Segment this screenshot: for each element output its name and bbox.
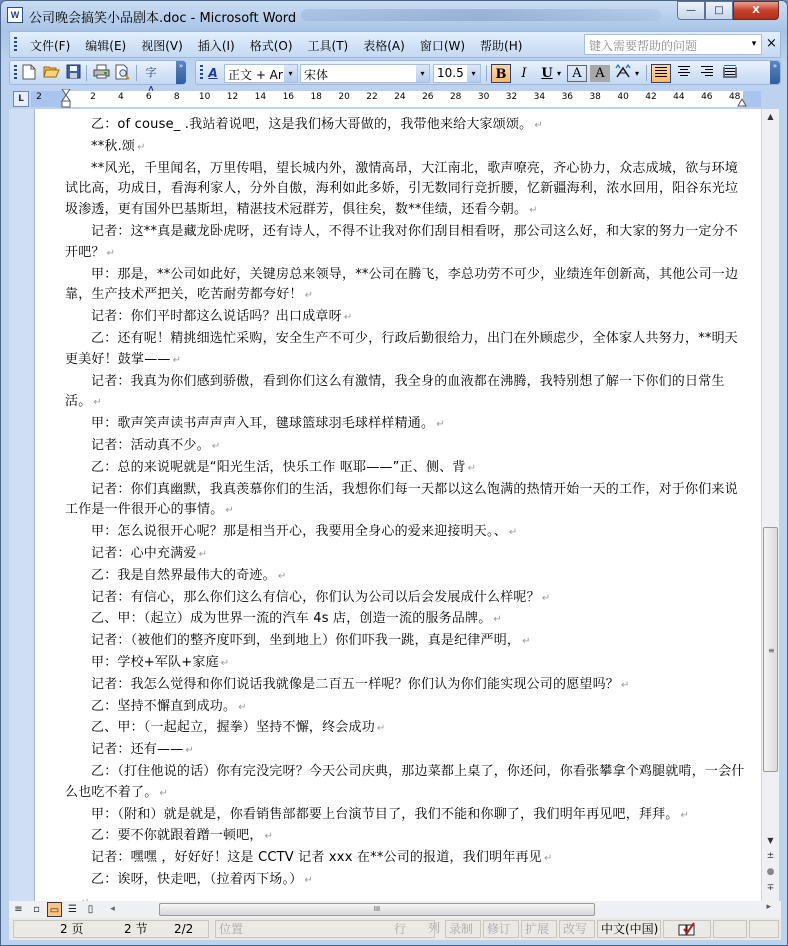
right-indent-marker-icon[interactable] — [737, 97, 747, 107]
status-resize-grip[interactable] — [749, 920, 779, 938]
paragraph-text: 甲：（附和）就是就是，你看销售部都要上台演节目了，我们不能和你聊了，我们明年再见… — [91, 807, 679, 822]
paragraph-text: 甲：怎么说很开心呢？那是相当开心，我要用全身心的爱来迎接明天。、 — [91, 524, 507, 539]
paragraph-mark-icon: ↵ — [493, 614, 502, 625]
help-search-input[interactable]: 键入需要帮助的问题 ▾ — [584, 34, 762, 55]
paragraph-text: **风光，千里闻名，万里传唱，望长城内外，激情高昂，大江南北，歌声嘹亮，齐心协力… — [65, 161, 738, 218]
menu-window[interactable]: 窗口(W) — [414, 37, 471, 54]
menu-file[interactable]: 文件(F) — [24, 37, 76, 54]
style-dropdown-icon[interactable]: ▾ — [284, 65, 297, 82]
toolbar-separator — [646, 65, 647, 81]
paragraph-text: 记者：有信心，那么你们这么有信心，你们认为公司以后会发展成什么样呢？ — [91, 590, 540, 605]
font-size-dropdown-icon[interactable]: ▾ — [467, 65, 480, 82]
status-record[interactable]: 录制 — [445, 920, 481, 938]
ruler-tick-label: 14 — [255, 92, 266, 102]
document-paragraph[interactable]: **风光，千里闻名，万里传唱，望长城内外，激情高昂，大江南北，歌声嘹亮，齐心协力… — [65, 159, 745, 222]
justify-align-button[interactable] — [651, 64, 671, 83]
document-paragraph[interactable]: 记者：有信心，那么你们这么有信心，你们认为公司以后会发展成什么样呢？↵ — [65, 588, 745, 610]
status-position-label: 位置 — [219, 922, 243, 936]
status-track-changes[interactable]: 修订 — [483, 920, 519, 938]
paragraph-mark-icon: ↵ — [544, 853, 553, 864]
character-border-button[interactable]: A — [567, 65, 587, 82]
status-column: 列 — [413, 920, 443, 938]
paragraph-mark-icon: ↵ — [137, 142, 146, 153]
title-bar: W 公司晚会搞笑小品剧本.doc - Microsoft Word — □ X — [1, 1, 787, 31]
word-app-icon[interactable]: W — [7, 7, 23, 23]
document-paragraph[interactable]: 乙：还有呢！精挑细选忙采购，安全生产不可少，行政后勤很给力，出门在外顾虑少，全体… — [65, 329, 745, 372]
underline-dropdown-icon[interactable]: ▾ — [554, 64, 564, 83]
distributed-align-button[interactable] — [720, 64, 740, 83]
document-paragraph[interactable]: 记者：嘿嘿 ，好好好！这是 CCTV 记者 xxx 在**公司的报道，我们明年再… — [65, 848, 745, 870]
status-language[interactable]: 中文(中国) — [597, 920, 661, 938]
paragraph-mark-icon: ↵ — [509, 527, 518, 538]
previous-page-icon[interactable]: ± — [762, 851, 779, 865]
hscroll-right-arrow-icon[interactable]: ▸ — [766, 902, 771, 912]
select-browse-object-icon[interactable]: ● — [762, 867, 779, 881]
document-paragraph[interactable]: 乙：（打住他说的话）你有完没完呀？今天公司庆典，那边菜都上桌了，你还问，你看张攀… — [65, 762, 745, 805]
ruler-tick-label: 26 — [422, 92, 433, 102]
maximize-button[interactable]: □ — [705, 1, 733, 20]
paragraph-text: 乙：还有呢！精挑细选忙采购，安全生产不可少，行政后勤很给力，出门在外顾虑少，全体… — [65, 331, 738, 367]
status-bar: 2 页 2 节 2/2 位置 行 列 录制 修订 扩展 改写 中文(中国) — [9, 918, 781, 940]
document-paragraph[interactable]: 乙：我是自然界最伟大的奇迹。↵ — [65, 566, 745, 588]
save-icon[interactable] — [64, 64, 82, 82]
document-paragraph[interactable]: 记者：你们平时都这么说话吗？出口成章呀↵ — [65, 307, 745, 329]
paragraph-text: 记者：活动真不少。 — [91, 438, 210, 453]
document-paragraph[interactable]: 乙：诶呀，快走吧，（拉着丙下场。）↵ — [65, 870, 745, 892]
formatting-toolbar-options-chevron[interactable]: » — [770, 61, 780, 84]
spelling-grammar-icon[interactable]: 字A — [142, 64, 160, 82]
font-dropdown-icon[interactable]: ▾ — [416, 65, 429, 82]
status-position[interactable]: 位置 行 — [215, 920, 435, 938]
paragraph-mark-icon: ↵ — [238, 702, 247, 713]
ruler-tick-label: 4 — [118, 92, 124, 102]
paragraph-mark-icon: ↵ — [221, 658, 230, 669]
ruler-tick-label: 8 — [174, 92, 180, 102]
paragraph-text: 记者：（被他们的整齐度吓到，坐到地上）你们吓我一跳，真是纪律严明， — [91, 633, 520, 648]
document-body[interactable]: 乙：of couse_ .我站着说吧，这是我们杨大哥做的，我带他来给大家颂颂。↵… — [65, 115, 745, 901]
horizontal-ruler[interactable]: 2 24681012141618202224262830323436384042… — [31, 91, 761, 107]
paragraph-mark-icon: ↵ — [542, 593, 551, 604]
ruler-tick-label: 38 — [589, 92, 600, 102]
paragraph-mark-icon: ↵ — [436, 419, 445, 430]
paragraph-mark-icon: ↵ — [534, 120, 543, 131]
menu-bar: 文件(F) 编辑(E) 视图(V) 插入(I) 格式(O) 工具(T) 表格(A… — [9, 31, 781, 58]
paragraph-mark-icon: ↵ — [159, 788, 168, 799]
document-paragraph[interactable]: 甲：怎么说很开心呢？那是相当开心，我要用全身心的爱来迎接明天。、↵ — [65, 522, 745, 544]
menu-edit[interactable]: 编辑(E) — [79, 37, 132, 54]
print-preview-icon[interactable] — [114, 64, 132, 82]
paragraph-mark-icon: ↵ — [225, 505, 234, 516]
right-align-button[interactable] — [697, 64, 717, 83]
normal-view-button[interactable]: ≡ — [11, 902, 26, 917]
web-layout-view-button[interactable]: ▫ — [29, 902, 44, 917]
font-size-value: 10.5 — [437, 66, 464, 80]
toolbar-grip-handle[interactable] — [200, 65, 203, 81]
paragraph-text: 乙：要不你就跟着蹭一顿吧， — [91, 828, 263, 843]
document-paragraph[interactable]: 记者：活动真不少。↵ — [65, 436, 745, 458]
toolbar-separator — [86, 65, 87, 81]
ruler-tick-label: 24 — [394, 92, 405, 102]
change-case-dropdown-icon[interactable]: ▾ — [632, 64, 642, 83]
paragraph-text: 乙、甲：（起立）成为世界一流的汽车 4s 店，创造一流的服务品牌。 — [91, 611, 491, 626]
paragraph-text: 记者：心中充满爱 — [91, 546, 197, 561]
document-paragraph[interactable]: 乙：要不你就跟着蹭一顿吧，↵ — [65, 826, 745, 848]
menu-help[interactable]: 帮助(H) — [474, 37, 528, 54]
ruler-tick-label: 32 — [506, 92, 517, 102]
paragraph-text: 记者：我真为你们感到骄傲，看到你们这么有激情，我全身的血液都在沸腾，我特别想了解… — [65, 374, 725, 410]
document-paragraph[interactable]: **秋.颂↵ — [65, 137, 745, 159]
paragraph-text: 记者：你们真幽默，我真羡慕你们的生活，我想你们每一天都以这么饱满的热情开始一天的… — [65, 482, 738, 518]
indent-marker-icon[interactable] — [61, 89, 71, 109]
toolbar: 字A » A 正文 + Aria ▾ 宋体 ▾ 10.5 ▾ B I U ▾ A — [9, 58, 781, 87]
paragraph-text: 乙：of couse_ .我站着说吧，这是我们杨大哥做的，我带他来给大家颂颂。 — [91, 117, 532, 132]
toolbar-separator — [486, 65, 487, 81]
close-document-button[interactable]: × — [766, 36, 777, 51]
paragraph-text: 甲：歌声笑声读书声声声入耳，毽球篮球羽毛球样样精通。 — [91, 416, 434, 431]
paragraph-mark-icon: ↵ — [681, 810, 690, 821]
document-paragraph[interactable]: 记者：心中充满爱↵ — [65, 544, 745, 566]
document-paragraph[interactable]: 甲：歌声笑声读书声声声入耳，毽球篮球羽毛球样样精通。↵ — [65, 414, 745, 436]
paragraph-mark-icon: ↵ — [522, 636, 531, 647]
menu-format[interactable]: 格式(O) — [244, 37, 299, 54]
paragraph-mark-icon: ↵ — [199, 549, 208, 560]
ruler-tick-label: 20 — [338, 92, 349, 102]
close-button[interactable]: X — [733, 1, 779, 20]
document-paragraph[interactable]: 记者：你们真幽默，我真羡慕你们的生活，我想你们每一天都以这么饱满的热情开始一天的… — [65, 480, 745, 523]
reading-layout-view-button[interactable]: ▯ — [83, 902, 98, 917]
document-paragraph[interactable]: 甲：学校+军队+家庭↵ — [65, 653, 745, 675]
horizontal-scrollbar[interactable]: III ▸ — [149, 902, 779, 917]
document-paragraph[interactable]: 乙、甲：（起立）成为世界一流的汽车 4s 店，创造一流的服务品牌。↵ — [65, 609, 745, 631]
change-case-icon[interactable] — [613, 64, 633, 83]
ruler-tick-label: 22 — [366, 92, 377, 102]
menubar-grip-handle[interactable] — [14, 37, 17, 53]
document-paragraph[interactable]: 甲：（附和）就是就是，你看销售部都要上台演节目了，我们不能和你聊了，我们明年再见… — [65, 805, 745, 827]
ruler-tick-label: 46 — [701, 92, 712, 102]
document-paragraph[interactable]: 乙：总的来说呢就是“阳光生活，快乐工作 呕耶——”正、侧、背↵ — [65, 458, 745, 480]
horizontal-ruler-row: L 2 246810121416182022242628303234363840… — [9, 89, 781, 109]
paragraph-text: 甲：学校+军队+家庭 — [91, 655, 219, 670]
word-window: W 公司晚会搞笑小品剧本.doc - Microsoft Word — □ X … — [0, 0, 788, 946]
paragraph-mark-icon: ↵ — [212, 441, 221, 452]
status-line-label: 行 — [394, 921, 406, 937]
paragraph-mark-icon: ↵ — [185, 745, 194, 756]
status-empty-cell — [713, 920, 747, 938]
status-overtype[interactable]: 改写 — [559, 920, 595, 938]
horizontal-scroll-thumb[interactable]: III — [159, 903, 595, 916]
font-size-combo[interactable]: 10.5 ▾ — [433, 64, 481, 83]
paragraph-text: 记者：你们平时都这么说话吗？出口成章呀 — [91, 309, 342, 324]
paragraph-mark-icon: ↵ — [265, 831, 274, 842]
document-paragraph[interactable]: 乙：坚持不懈直到成功。↵ — [65, 697, 745, 719]
paragraph-text: 记者：我怎么觉得和你们说话我就像是二百五一样呢？你们认为你们能实现公司的愿望吗？ — [91, 677, 619, 692]
document-paragraph[interactable]: 记者：还有——↵ — [65, 740, 745, 762]
scroll-grip-icon: ≡ — [768, 646, 775, 655]
document-paragraph[interactable]: 记者：（被他们的整齐度吓到，坐到地上）你们吓我一跳，真是纪律严明，↵ — [65, 631, 745, 653]
status-extend[interactable]: 扩展 — [521, 920, 557, 938]
vertical-scroll-thumb[interactable]: ≡ — [763, 527, 778, 772]
paragraph-mark-icon: ↵ — [305, 290, 314, 301]
ruler-tick-label: 30 — [478, 92, 489, 102]
style-combo[interactable]: 正文 + Aria ▾ — [224, 64, 298, 83]
window-controls: — □ X — [677, 1, 779, 20]
paragraph-text: 乙：坚持不懈直到成功。 — [91, 699, 236, 714]
character-shading-button[interactable]: A — [590, 65, 610, 82]
styles-and-formatting-icon[interactable]: A — [204, 64, 222, 82]
paragraph-text: **秋.颂 — [91, 139, 135, 154]
document-paragraph[interactable]: 记者：我怎么觉得和你们说话我就像是二百五一样呢？你们认为你们能实现公司的愿望吗？… — [65, 675, 745, 697]
status-spelling[interactable] — [663, 920, 711, 938]
scroll-up-arrow-icon[interactable]: ▲ — [762, 109, 779, 125]
paragraph-text: 乙：诶呀，快走吧，（拉着丙下场。） — [91, 872, 302, 887]
italic-button[interactable]: I — [514, 64, 534, 83]
open-icon[interactable] — [42, 64, 60, 82]
status-page-info[interactable]: 2 页 2 节 2/2 — [13, 920, 209, 938]
bold-button[interactable]: B — [491, 64, 511, 83]
ruler-tick-label: 6 — [146, 92, 152, 102]
menu-tools[interactable]: 工具(T) — [302, 37, 355, 54]
print-icon[interactable] — [92, 64, 110, 82]
font-value: 宋体 — [304, 68, 328, 82]
paragraph-mark-icon: ↵ — [621, 680, 630, 691]
paragraph-text: 乙：我是自然界最伟大的奇迹。 — [91, 568, 276, 583]
spelling-check-book-icon — [678, 922, 696, 936]
ruler-tick-label: 40 — [617, 92, 628, 102]
ruler-tick-label: 42 — [645, 92, 656, 102]
paragraph-text: 甲：那是，**公司如此好，关键房总来领导，**公司在腾飞，李总功劳不可少，业绩连… — [65, 267, 738, 303]
center-align-button[interactable] — [674, 64, 694, 83]
vertical-scrollbar[interactable]: ▲ ≡ ▼ ± ● ∓ — [761, 109, 779, 901]
menu-insert[interactable]: 插入(I) — [192, 37, 241, 54]
ruler-tick-label: 2 — [90, 92, 96, 102]
standard-toolbar-options-chevron[interactable]: » — [176, 61, 186, 84]
minimize-button[interactable]: — — [677, 1, 705, 20]
document-paragraph[interactable]: 记者：这**真是藏龙卧虎呀，还有诗人，不得不让我对你们刮目相看呀，那公司这么好，… — [65, 222, 745, 265]
standard-toolbar: 字A » — [9, 60, 185, 85]
ruler-tick-label: 10 — [199, 92, 210, 102]
ruler-tick-label: 28 — [450, 92, 461, 102]
toolbar-separator — [136, 65, 137, 81]
ruler-tick-label: 36 — [562, 92, 573, 102]
document-paragraph[interactable]: 甲：那是，**公司如此好，关键房总来领导，**公司在腾飞，李总功劳不可少，业绩连… — [65, 265, 745, 308]
paragraph-text: 记者：这**真是藏龙卧虎呀，还有诗人，不得不让我对你们刮目相看呀，那公司这么好，… — [65, 224, 738, 260]
document-paragraph[interactable]: 乙：of couse_ .我站着说吧，这是我们杨大哥做的，我带他来给大家颂颂。↵ — [65, 115, 745, 137]
paragraph-text: 乙、甲：（一起起立，握拳）坚持不懈，终会成功 — [91, 720, 375, 735]
ruler-tick-label: 34 — [534, 92, 545, 102]
vertical-ruler-gutter — [9, 109, 35, 901]
paragraph-mark-icon: ↵ — [377, 723, 386, 734]
font-combo[interactable]: 宋体 ▾ — [300, 64, 430, 83]
paragraph-mark-icon: ↵ — [107, 248, 116, 259]
document-paragraph[interactable]: 记者：我真为你们感到骄傲，看到你们这么有激情，我全身的血液都在沸腾，我特别想了解… — [65, 372, 745, 415]
paragraph-text: 记者：嘿嘿 ，好好好！这是 CCTV 记者 xxx 在**公司的报道，我们明年再… — [91, 850, 542, 865]
tab-selector-button[interactable]: L — [13, 91, 29, 107]
paragraph-text: 乙：总的来说呢就是“阳光生活，快乐工作 呕耶——”正、侧、背 — [91, 460, 466, 475]
paragraph-text: 记者：还有—— — [91, 742, 183, 757]
ruler-tick-label: 12 — [227, 92, 238, 102]
paragraph-mark-icon: ↵ — [344, 312, 353, 323]
help-dropdown-icon[interactable]: ▾ — [747, 35, 761, 54]
help-search-placeholder: 键入需要帮助的问题 — [589, 39, 697, 53]
document-page[interactable]: 乙：of couse_ .我站着说吧，这是我们杨大哥做的，我带他来给大家颂颂。↵… — [35, 109, 761, 901]
status-page-of: 2/2 — [174, 921, 193, 937]
next-page-icon[interactable]: ∓ — [762, 883, 779, 897]
ruler-tick-label: 16 — [283, 92, 294, 102]
paragraph-mark-icon: ↵ — [93, 397, 102, 408]
ruler-tick-label: 44 — [673, 92, 684, 102]
menu-view[interactable]: 视图(V) — [135, 37, 189, 54]
status-section: 2 节 — [124, 921, 147, 937]
paragraph-mark-icon: ↵ — [304, 875, 313, 886]
scroll-down-arrow-icon[interactable]: ▼ — [762, 833, 779, 849]
menu-items: 文件(F) 编辑(E) 视图(V) 插入(I) 格式(O) 工具(T) 表格(A… — [24, 37, 531, 54]
toolbar-grip-handle[interactable] — [14, 65, 17, 81]
window-title: 公司晚会搞笑小品剧本.doc - Microsoft Word — [29, 7, 296, 26]
menu-table[interactable]: 表格(A) — [357, 37, 411, 54]
new-document-icon[interactable] — [20, 64, 38, 82]
view-and-hscroll-row: ≡ ▫ ▭ ☰ ▯ ◂ III ▸ — [9, 901, 781, 918]
paragraph-mark-icon: ↵ — [468, 463, 477, 474]
paragraph-mark-icon: ↵ — [278, 571, 287, 582]
status-page: 2 页 — [60, 921, 83, 937]
hscroll-left-arrow-icon[interactable]: ◂ — [105, 902, 120, 917]
ruler-tick-label: 18 — [310, 92, 321, 102]
print-layout-view-button[interactable]: ▭ — [47, 902, 62, 917]
empty-paragraph[interactable]: ↵ — [65, 892, 745, 901]
ruler-left-margin-label: 2 — [36, 92, 42, 102]
paragraph-mark-icon: ↵ — [173, 355, 182, 366]
paragraph-mark-icon: ↵ — [529, 205, 538, 216]
formatting-toolbar: A 正文 + Aria ▾ 宋体 ▾ 10.5 ▾ B I U ▾ A A — [195, 60, 781, 85]
document-paragraph[interactable]: 乙、甲：（一起起立，握拳）坚持不懈，终会成功↵ — [65, 718, 745, 740]
outline-view-button[interactable]: ☰ — [65, 902, 80, 917]
taskbar-blur-decoration — [301, 9, 661, 21]
